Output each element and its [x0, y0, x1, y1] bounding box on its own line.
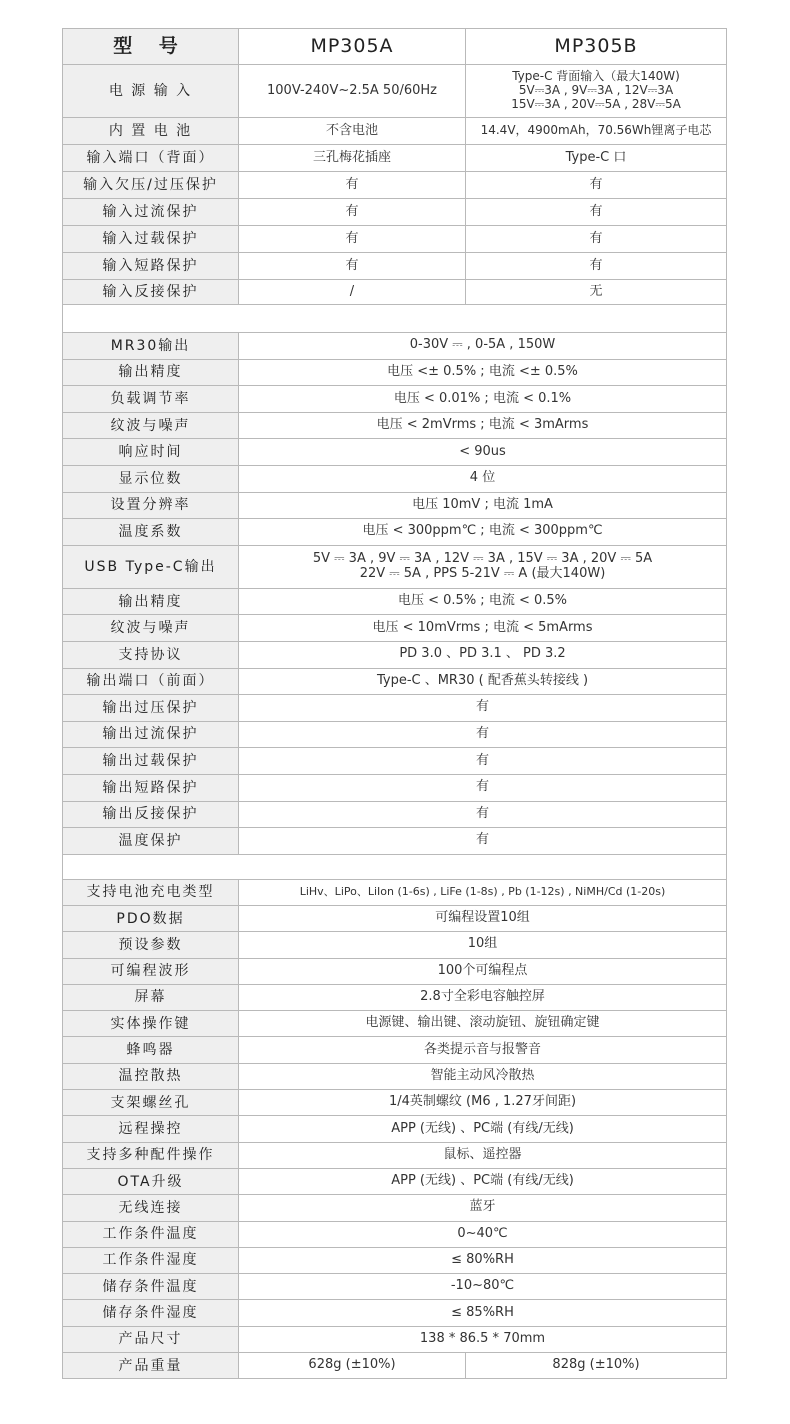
spec-value: 电压 < 300ppm℃ ; 电流 < 300ppm℃: [239, 519, 727, 546]
spec-label: 响应时间: [63, 439, 239, 466]
spec-label: 输出端口（前面）: [63, 668, 239, 695]
table-row: 输入短路保护有有: [63, 253, 727, 280]
spec-value: 电压 10mV ; 电流 1mA: [239, 492, 727, 519]
spec-label: 内 置 电 池: [63, 118, 239, 145]
table-row: 无线连接蓝牙: [63, 1195, 727, 1221]
spec-label: 产品尺寸: [63, 1326, 239, 1352]
spec-label: 输出过载保护: [63, 748, 239, 775]
spec-value: 各类提示音与报警音: [239, 1037, 727, 1063]
table-row: 型 号MP305AMP305B: [63, 29, 727, 65]
table-row: 输出反接保护有: [63, 801, 727, 828]
spec-label: 温控散热: [63, 1063, 239, 1089]
spec-label: 储存条件湿度: [63, 1300, 239, 1326]
table-row: 温度系数电压 < 300ppm℃ ; 电流 < 300ppm℃: [63, 519, 727, 546]
spec-value: 138 * 86.5 * 70mm: [239, 1326, 727, 1352]
spec-value: 4 位: [239, 465, 727, 492]
table-row: 输出过载保护有: [63, 748, 727, 775]
spec-label: 输出短路保护: [63, 774, 239, 801]
model-a-header: MP305A: [239, 29, 466, 65]
table-row: 工作条件湿度≤ 80%RH: [63, 1247, 727, 1273]
spec-label: 输入反接保护: [63, 280, 239, 305]
table-row: 纹波与噪声电压 < 10mVrms ; 电流 < 5mArms: [63, 615, 727, 642]
model-b-value: 无: [466, 280, 727, 305]
model-a-value: 不含电池: [239, 118, 466, 145]
spec-label: 输入过流保护: [63, 199, 239, 226]
cell-line: 15V⎓3A , 20V⎓5A , 28V⎓5A: [466, 98, 726, 112]
table-row: 工作条件温度0~40℃: [63, 1221, 727, 1247]
table-row: 输出过压保护有: [63, 695, 727, 722]
spec-value: 0~40℃: [239, 1221, 727, 1247]
spec-value: 100个可编程点: [239, 958, 727, 984]
spec-label: 设置分辨率: [63, 492, 239, 519]
model-b-value: 有: [466, 226, 727, 253]
cell-line: Type-C 背面输入（最大140W): [466, 70, 726, 84]
spec-label: 输入过载保护: [63, 226, 239, 253]
table-row: 输出短路保护有: [63, 774, 727, 801]
spec-value: APP (无线) 、PC端 (有线/无线): [239, 1116, 727, 1142]
spec-value: 电压 < 2mVrms ; 电流 < 3mArms: [239, 412, 727, 439]
spec-label: 产品重量: [63, 1353, 239, 1379]
spec-value: 0-30V ⎓ , 0-5A , 150W: [239, 333, 727, 360]
table-row: 输入端口（背面）三孔梅花插座Type-C 口: [63, 145, 727, 172]
table-row: OTA升级APP (无线) 、PC端 (有线/无线): [63, 1168, 727, 1194]
model-a-value: /: [239, 280, 466, 305]
spec-value: 电压 < 10mVrms ; 电流 < 5mArms: [239, 615, 727, 642]
spec-value: 可编程设置10组: [239, 905, 727, 931]
table-row: 设置分辨率电压 10mV ; 电流 1mA: [63, 492, 727, 519]
table-row: 输出精度电压 < 0.5% ; 电流 < 0.5%: [63, 588, 727, 615]
spec-value: 10组: [239, 932, 727, 958]
model-a-value: 有: [239, 253, 466, 280]
spec-label: PDO数据: [63, 905, 239, 931]
spec-label: 负载调节率: [63, 386, 239, 413]
cell-line: 5V ⎓ 3A , 9V ⎓ 3A , 12V ⎓ 3A , 15V ⎓ 3A …: [239, 552, 726, 567]
spec-label: 纹波与噪声: [63, 412, 239, 439]
spec-label: 输出精度: [63, 359, 239, 386]
spec-value: ≤ 85%RH: [239, 1300, 727, 1326]
spec-label: 预设参数: [63, 932, 239, 958]
table-row: 输出端口（前面）Type-C 、MR30 ( 配香蕉头转接线 ): [63, 668, 727, 695]
model-b-value: Type-C 口: [466, 145, 727, 172]
spec-value: 电压 < 0.01% ; 电流 < 0.1%: [239, 386, 727, 413]
spec-value: 鼠标、遥控器: [239, 1142, 727, 1168]
table-row: 支持协议PD 3.0 、PD 3.1 、 PD 3.2: [63, 641, 727, 668]
table-row: 温度保护有: [63, 828, 727, 855]
spec-value: 有: [239, 774, 727, 801]
table-row: 输入反接保护/无: [63, 280, 727, 305]
table-row: 响应时间< 90us: [63, 439, 727, 466]
table-row: 输入过流保护有有: [63, 199, 727, 226]
model-a-value: 有: [239, 172, 466, 199]
header-label: 型 号: [63, 29, 239, 65]
model-b-value: 有: [466, 199, 727, 226]
spec-label: 无线连接: [63, 1195, 239, 1221]
model-a-value: 有: [239, 199, 466, 226]
table-row: 产品尺寸138 * 86.5 * 70mm: [63, 1326, 727, 1352]
spec-label: 输出过流保护: [63, 721, 239, 748]
model-b-value: 有: [466, 253, 727, 280]
table-row: 内 置 电 池不含电池14.4V，4900mAh，70.56Wh锂离子电芯: [63, 118, 727, 145]
table-row: [63, 305, 727, 333]
section-spacer: [63, 854, 727, 879]
spec-label: MR30输出: [63, 333, 239, 360]
model-a-value: 三孔梅花插座: [239, 145, 466, 172]
table-row: 输出过流保护有: [63, 721, 727, 748]
table-row: 纹波与噪声电压 < 2mVrms ; 电流 < 3mArms: [63, 412, 727, 439]
spec-value: 有: [239, 695, 727, 722]
table-row: 远程操控APP (无线) 、PC端 (有线/无线): [63, 1116, 727, 1142]
spec-label: 屏幕: [63, 984, 239, 1010]
model-a-weight: 628g (±10%): [239, 1353, 466, 1379]
spec-label: OTA升级: [63, 1168, 239, 1194]
spec-label: 可编程波形: [63, 958, 239, 984]
spec-value: PD 3.0 、PD 3.1 、 PD 3.2: [239, 641, 727, 668]
spec-value: 有: [239, 748, 727, 775]
spec-label: 输出精度: [63, 588, 239, 615]
model-b-header: MP305B: [466, 29, 727, 65]
table-row: 储存条件温度-10~80℃: [63, 1274, 727, 1300]
section-spacer: [63, 305, 727, 333]
table-row: 蜂鸣器各类提示音与报警音: [63, 1037, 727, 1063]
spec-label: 支持协议: [63, 641, 239, 668]
table-row: USB Type-C输出5V ⎓ 3A , 9V ⎓ 3A , 12V ⎓ 3A…: [63, 545, 727, 588]
spec-label: 工作条件温度: [63, 1221, 239, 1247]
table-row: 产品重量628g (±10%)828g (±10%): [63, 1353, 727, 1379]
spec-value: 有: [239, 721, 727, 748]
table-row: MR30输出0-30V ⎓ , 0-5A , 150W: [63, 333, 727, 360]
spec-value: ≤ 80%RH: [239, 1247, 727, 1273]
spec-value: 有: [239, 801, 727, 828]
spec-label: 显示位数: [63, 465, 239, 492]
model-b-weight: 828g (±10%): [466, 1353, 727, 1379]
table-row: [63, 854, 727, 879]
table-row: 储存条件湿度≤ 85%RH: [63, 1300, 727, 1326]
table-row: 屏幕2.8寸全彩电容触控屏: [63, 984, 727, 1010]
spec-table: 型 号MP305AMP305B电 源 输 入100V-240V~2.5A 50/…: [62, 28, 727, 1379]
table-row: 电 源 输 入100V-240V~2.5A 50/60HzType-C 背面输入…: [63, 65, 727, 118]
model-a-value: 100V-240V~2.5A 50/60Hz: [239, 65, 466, 118]
table-row: 负载调节率电压 < 0.01% ; 电流 < 0.1%: [63, 386, 727, 413]
spec-label: 储存条件温度: [63, 1274, 239, 1300]
spec-label: 纹波与噪声: [63, 615, 239, 642]
spec-value: APP (无线) 、PC端 (有线/无线): [239, 1168, 727, 1194]
table-row: 可编程波形100个可编程点: [63, 958, 727, 984]
spec-label: 输入端口（背面）: [63, 145, 239, 172]
spec-label: 输入欠压/过压保护: [63, 172, 239, 199]
spec-value: 电源键、输出键、滚动旋钮、旋钮确定键: [239, 1011, 727, 1037]
spec-value: 有: [239, 828, 727, 855]
table-row: 实体操作键电源键、输出键、滚动旋钮、旋钮确定键: [63, 1011, 727, 1037]
table-row: 支持电池充电类型LiHv、LiPo、LiIon (1-6s) , LiFe (1…: [63, 879, 727, 905]
cell-line: 22V ⎓ 5A , PPS 5-21V ⎓ A (最大140W): [239, 567, 726, 582]
table-row: 温控散热智能主动风冷散热: [63, 1063, 727, 1089]
spec-label: 温度保护: [63, 828, 239, 855]
spec-label: 输出过压保护: [63, 695, 239, 722]
spec-label: 远程操控: [63, 1116, 239, 1142]
spec-value: 蓝牙: [239, 1195, 727, 1221]
spec-label: 支架螺丝孔: [63, 1090, 239, 1116]
table-row: PDO数据可编程设置10组: [63, 905, 727, 931]
spec-label: 工作条件湿度: [63, 1247, 239, 1273]
table-row: 输入欠压/过压保护有有: [63, 172, 727, 199]
spec-value: 电压 < 0.5% ; 电流 < 0.5%: [239, 588, 727, 615]
table-row: 支架螺丝孔1/4英制螺纹 (M6 , 1.27牙间距): [63, 1090, 727, 1116]
spec-label: 温度系数: [63, 519, 239, 546]
spec-label: 实体操作键: [63, 1011, 239, 1037]
spec-value: 5V ⎓ 3A , 9V ⎓ 3A , 12V ⎓ 3A , 15V ⎓ 3A …: [239, 545, 727, 588]
spec-value: Type-C 、MR30 ( 配香蕉头转接线 ): [239, 668, 727, 695]
spec-value: 智能主动风冷散热: [239, 1063, 727, 1089]
spec-value: LiHv、LiPo、LiIon (1-6s) , LiFe (1-8s) , P…: [239, 879, 727, 905]
model-b-value: 14.4V，4900mAh，70.56Wh锂离子电芯: [466, 118, 727, 145]
table-row: 预设参数10组: [63, 932, 727, 958]
table-row: 输出精度电压 <± 0.5% ; 电流 <± 0.5%: [63, 359, 727, 386]
table-row: 支持多种配件操作鼠标、遥控器: [63, 1142, 727, 1168]
cell-line: 5V⎓3A , 9V⎓3A , 12V⎓3A: [466, 84, 726, 98]
spec-value: 1/4英制螺纹 (M6 , 1.27牙间距): [239, 1090, 727, 1116]
spec-label: 支持多种配件操作: [63, 1142, 239, 1168]
spec-label: USB Type-C输出: [63, 545, 239, 588]
spec-value: 2.8寸全彩电容触控屏: [239, 984, 727, 1010]
spec-value: 电压 <± 0.5% ; 电流 <± 0.5%: [239, 359, 727, 386]
spec-label: 输入短路保护: [63, 253, 239, 280]
spec-value: < 90us: [239, 439, 727, 466]
spec-label: 支持电池充电类型: [63, 879, 239, 905]
model-a-value: 有: [239, 226, 466, 253]
spec-label: 输出反接保护: [63, 801, 239, 828]
model-b-value: Type-C 背面输入（最大140W)5V⎓3A , 9V⎓3A , 12V⎓3…: [466, 65, 727, 118]
model-b-value: 有: [466, 172, 727, 199]
spec-label: 电 源 输 入: [63, 65, 239, 118]
table-row: 输入过载保护有有: [63, 226, 727, 253]
spec-label: 蜂鸣器: [63, 1037, 239, 1063]
table-row: 显示位数4 位: [63, 465, 727, 492]
spec-value: -10~80℃: [239, 1274, 727, 1300]
